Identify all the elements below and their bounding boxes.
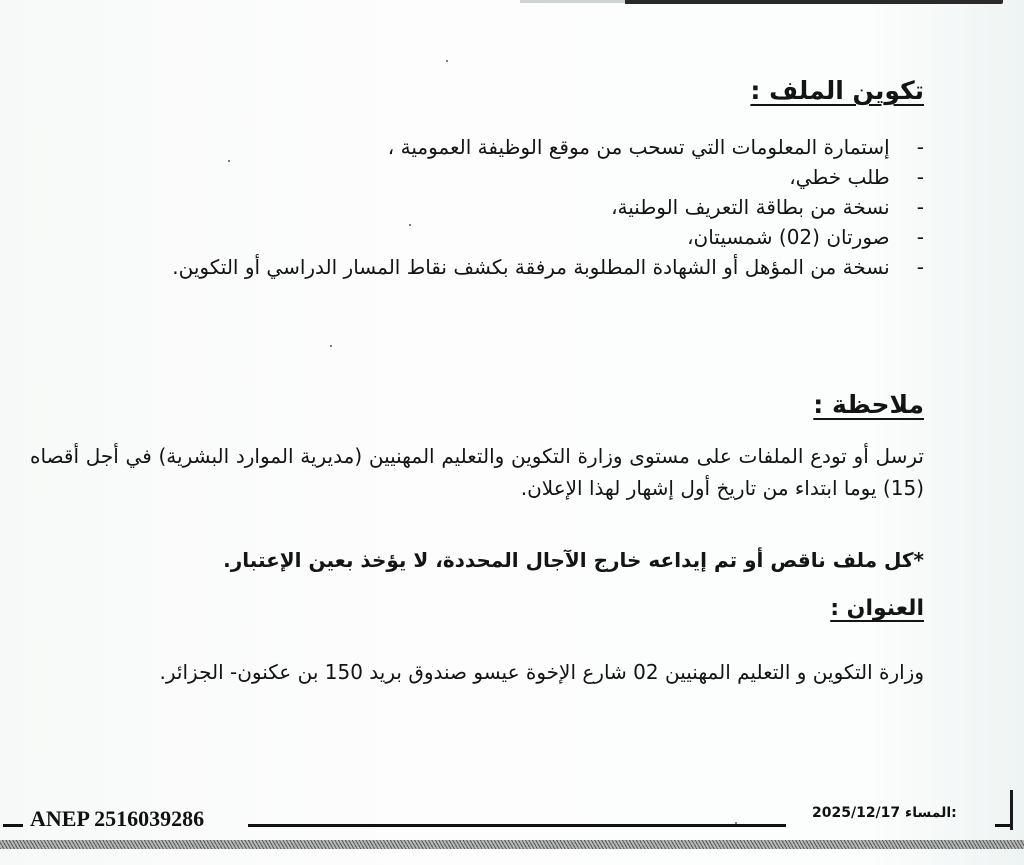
scan-speck — [446, 60, 448, 62]
publication-date-line: 2025/12/17 المساء: — [812, 805, 957, 821]
list-item-text: نسخة من بطاقة التعريف الوطنية، — [611, 195, 890, 219]
scanned-newspaper-page: تكوين الملف : - إستمارة المعلومات التي ت… — [0, 0, 1024, 865]
list-item: - إستمارة المعلومات التي تسحب من موقع ال… — [172, 132, 924, 162]
list-item: - نسخة من المؤهل أو الشهادة المطلوبة مرف… — [172, 252, 924, 282]
list-item-text: صورتان (02) شمسيتان، — [687, 225, 890, 249]
frame-right-border — [1010, 790, 1013, 830]
footer-rule-left — [3, 824, 23, 827]
list-item: - صورتان (02) شمسيتان، — [172, 222, 924, 252]
scan-speck — [330, 345, 332, 347]
list-item: - طلب خطي، — [172, 162, 924, 192]
list-item-text: نسخة من المؤهل أو الشهادة المطلوبة مرفقة… — [172, 255, 889, 279]
bullet-dash: - — [896, 132, 924, 162]
address-heading: العنوان : — [830, 596, 924, 621]
incomplete-file-warning: *كل ملف ناقص أو تم إيداعه خارج الآجال ال… — [223, 548, 924, 572]
note-heading: ملاحظة : — [813, 390, 924, 419]
list-item-text: إستمارة المعلومات التي تسحب من موقع الوظ… — [388, 135, 890, 159]
required-documents-list: - إستمارة المعلومات التي تسحب من موقع ال… — [172, 132, 924, 282]
bullet-dash: - — [896, 252, 924, 282]
bullet-dash: - — [896, 162, 924, 192]
scan-speck — [409, 224, 411, 226]
footer-rule — [248, 824, 786, 827]
ministry-address: وزارة التكوين و التعليم المهنيين 02 شارع… — [160, 660, 924, 684]
scan-speck — [228, 160, 230, 162]
top-rule-shadow — [520, 0, 630, 3]
publication-name: المساء: — [905, 805, 957, 821]
top-border-rule — [625, 0, 1003, 4]
file-composition-heading: تكوين الملف : — [750, 76, 924, 105]
ad-footer: ANEP 2516039286 2025/12/17 المساء: — [0, 800, 1024, 840]
hatched-separator — [0, 840, 1024, 849]
list-item-text: طلب خطي، — [789, 165, 889, 189]
anep-reference: ANEP 2516039286 — [30, 806, 204, 832]
publication-date: 2025/12/17 — [812, 805, 900, 821]
note-paragraph: ترسل أو تودع الملفات على مستوى وزارة الت… — [30, 440, 924, 504]
bullet-dash: - — [896, 222, 924, 252]
scan-speck — [735, 822, 737, 824]
bullet-dash: - — [896, 192, 924, 222]
list-item: - نسخة من بطاقة التعريف الوطنية، — [172, 192, 924, 222]
